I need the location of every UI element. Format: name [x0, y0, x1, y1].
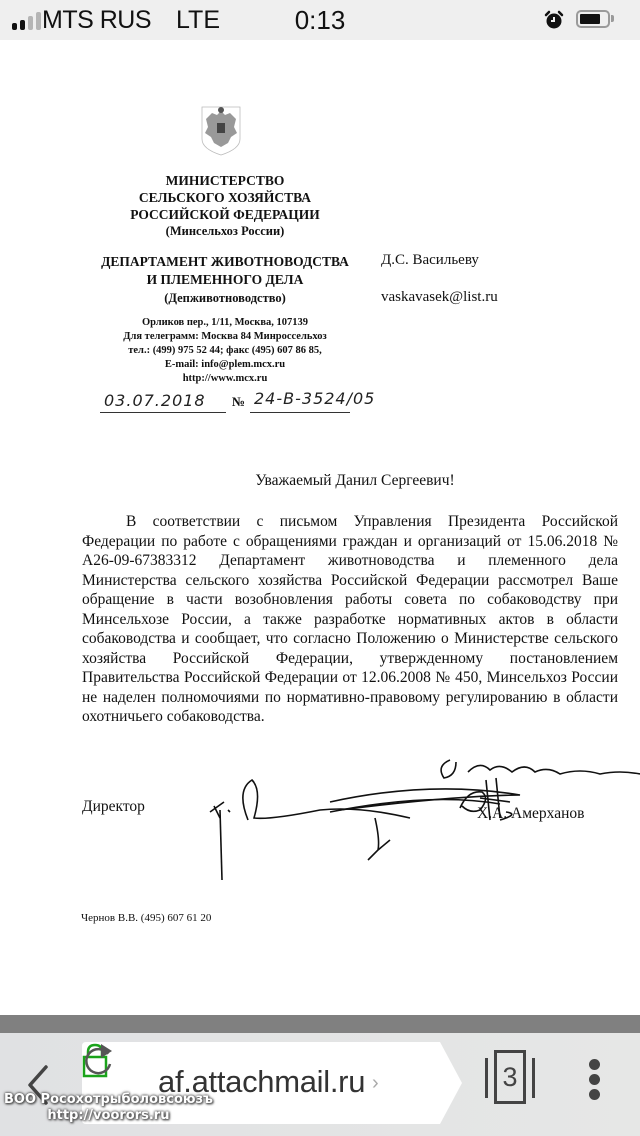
letter-body: В соответствии с письмом Управления През… [82, 512, 618, 727]
ministry-line: СЕЛЬСКОГО ХОЗЯЙСТВА [80, 189, 370, 206]
toolbar-separator [0, 1015, 640, 1033]
more-vertical-icon[interactable] [584, 1059, 604, 1109]
addressee-email: vaskavasek@list.ru [381, 289, 498, 306]
department-header: ДЕПАРТАМЕНТ ЖИВОТНОВОДСТВА И ПЛЕМЕННОГО … [80, 253, 370, 307]
letter-greeting: Уважаемый Данил Сергеевич! [0, 472, 640, 490]
tab-count: 3 [494, 1050, 526, 1104]
registration-date: 03.07.2018 [104, 391, 206, 410]
tabs-icon-left-bar [485, 1058, 488, 1098]
watermark-org: ВОО Росохотрыболовсоюзъ [4, 1092, 213, 1108]
signatory-name: Х.А. Амерханов [477, 805, 584, 823]
number-sign: № [232, 394, 245, 410]
status-bar: MTS RUS LTE 0:13 [0, 0, 640, 40]
url-chevron-icon: › [372, 1072, 379, 1095]
alarm-clock-icon [544, 10, 564, 30]
battery-icon [576, 10, 610, 28]
addressee-name: Д.С. Васильеву [381, 250, 479, 270]
date-underline [100, 412, 226, 413]
tabs-icon-right-bar [532, 1058, 535, 1098]
registration-number: 24-В-3524/05 [254, 389, 375, 408]
address-line: Для телеграмм: Москва 84 Минроссельхоз [80, 330, 370, 344]
number-underline [250, 412, 350, 413]
watermark-url: http://voorors.ru [4, 1108, 213, 1124]
department-short-name: (Депживотноводство) [80, 289, 370, 307]
department-line: И ПЛЕМЕННОГО ДЕЛА [80, 271, 370, 289]
tabs-button[interactable]: 3 [485, 1050, 541, 1108]
address-line: http://www.mcx.ru [80, 372, 370, 386]
reload-icon[interactable] [82, 1042, 116, 1078]
watermark-overlay: ВОО Росохотрыболовсоюзъ http://voorors.r… [4, 1092, 213, 1124]
ministry-line: РОССИЙСКОЙ ФЕДЕРАЦИИ [80, 206, 370, 223]
battery-tip [611, 15, 614, 22]
address-line: Орликов пер., 1/11, Москва, 107139 [80, 316, 370, 330]
executor-contact: Чернов В.В. (495) 607 61 20 [81, 912, 211, 924]
registration-line: 03.07.2018 № 24-В-3524/05 [100, 390, 400, 418]
address-line: E-mail: info@plem.mcx.ru [80, 358, 370, 372]
department-line: ДЕПАРТАМЕНТ ЖИВОТНОВОДСТВА [80, 253, 370, 271]
department-address: Орликов пер., 1/11, Москва, 107139 Для т… [80, 316, 370, 386]
ministry-short-name: (Минсельхоз России) [80, 223, 370, 240]
coat-of-arms-icon [198, 103, 244, 157]
ministry-header: МИНИСТЕРСТВО СЕЛЬСКОГО ХОЗЯЙСТВА РОССИЙС… [80, 172, 370, 240]
signatory-role: Директор [82, 798, 145, 816]
address-line: тел.: (499) 975 52 44; факс (495) 607 86… [80, 344, 370, 358]
ministry-line: МИНИСТЕРСТВО [80, 172, 370, 189]
